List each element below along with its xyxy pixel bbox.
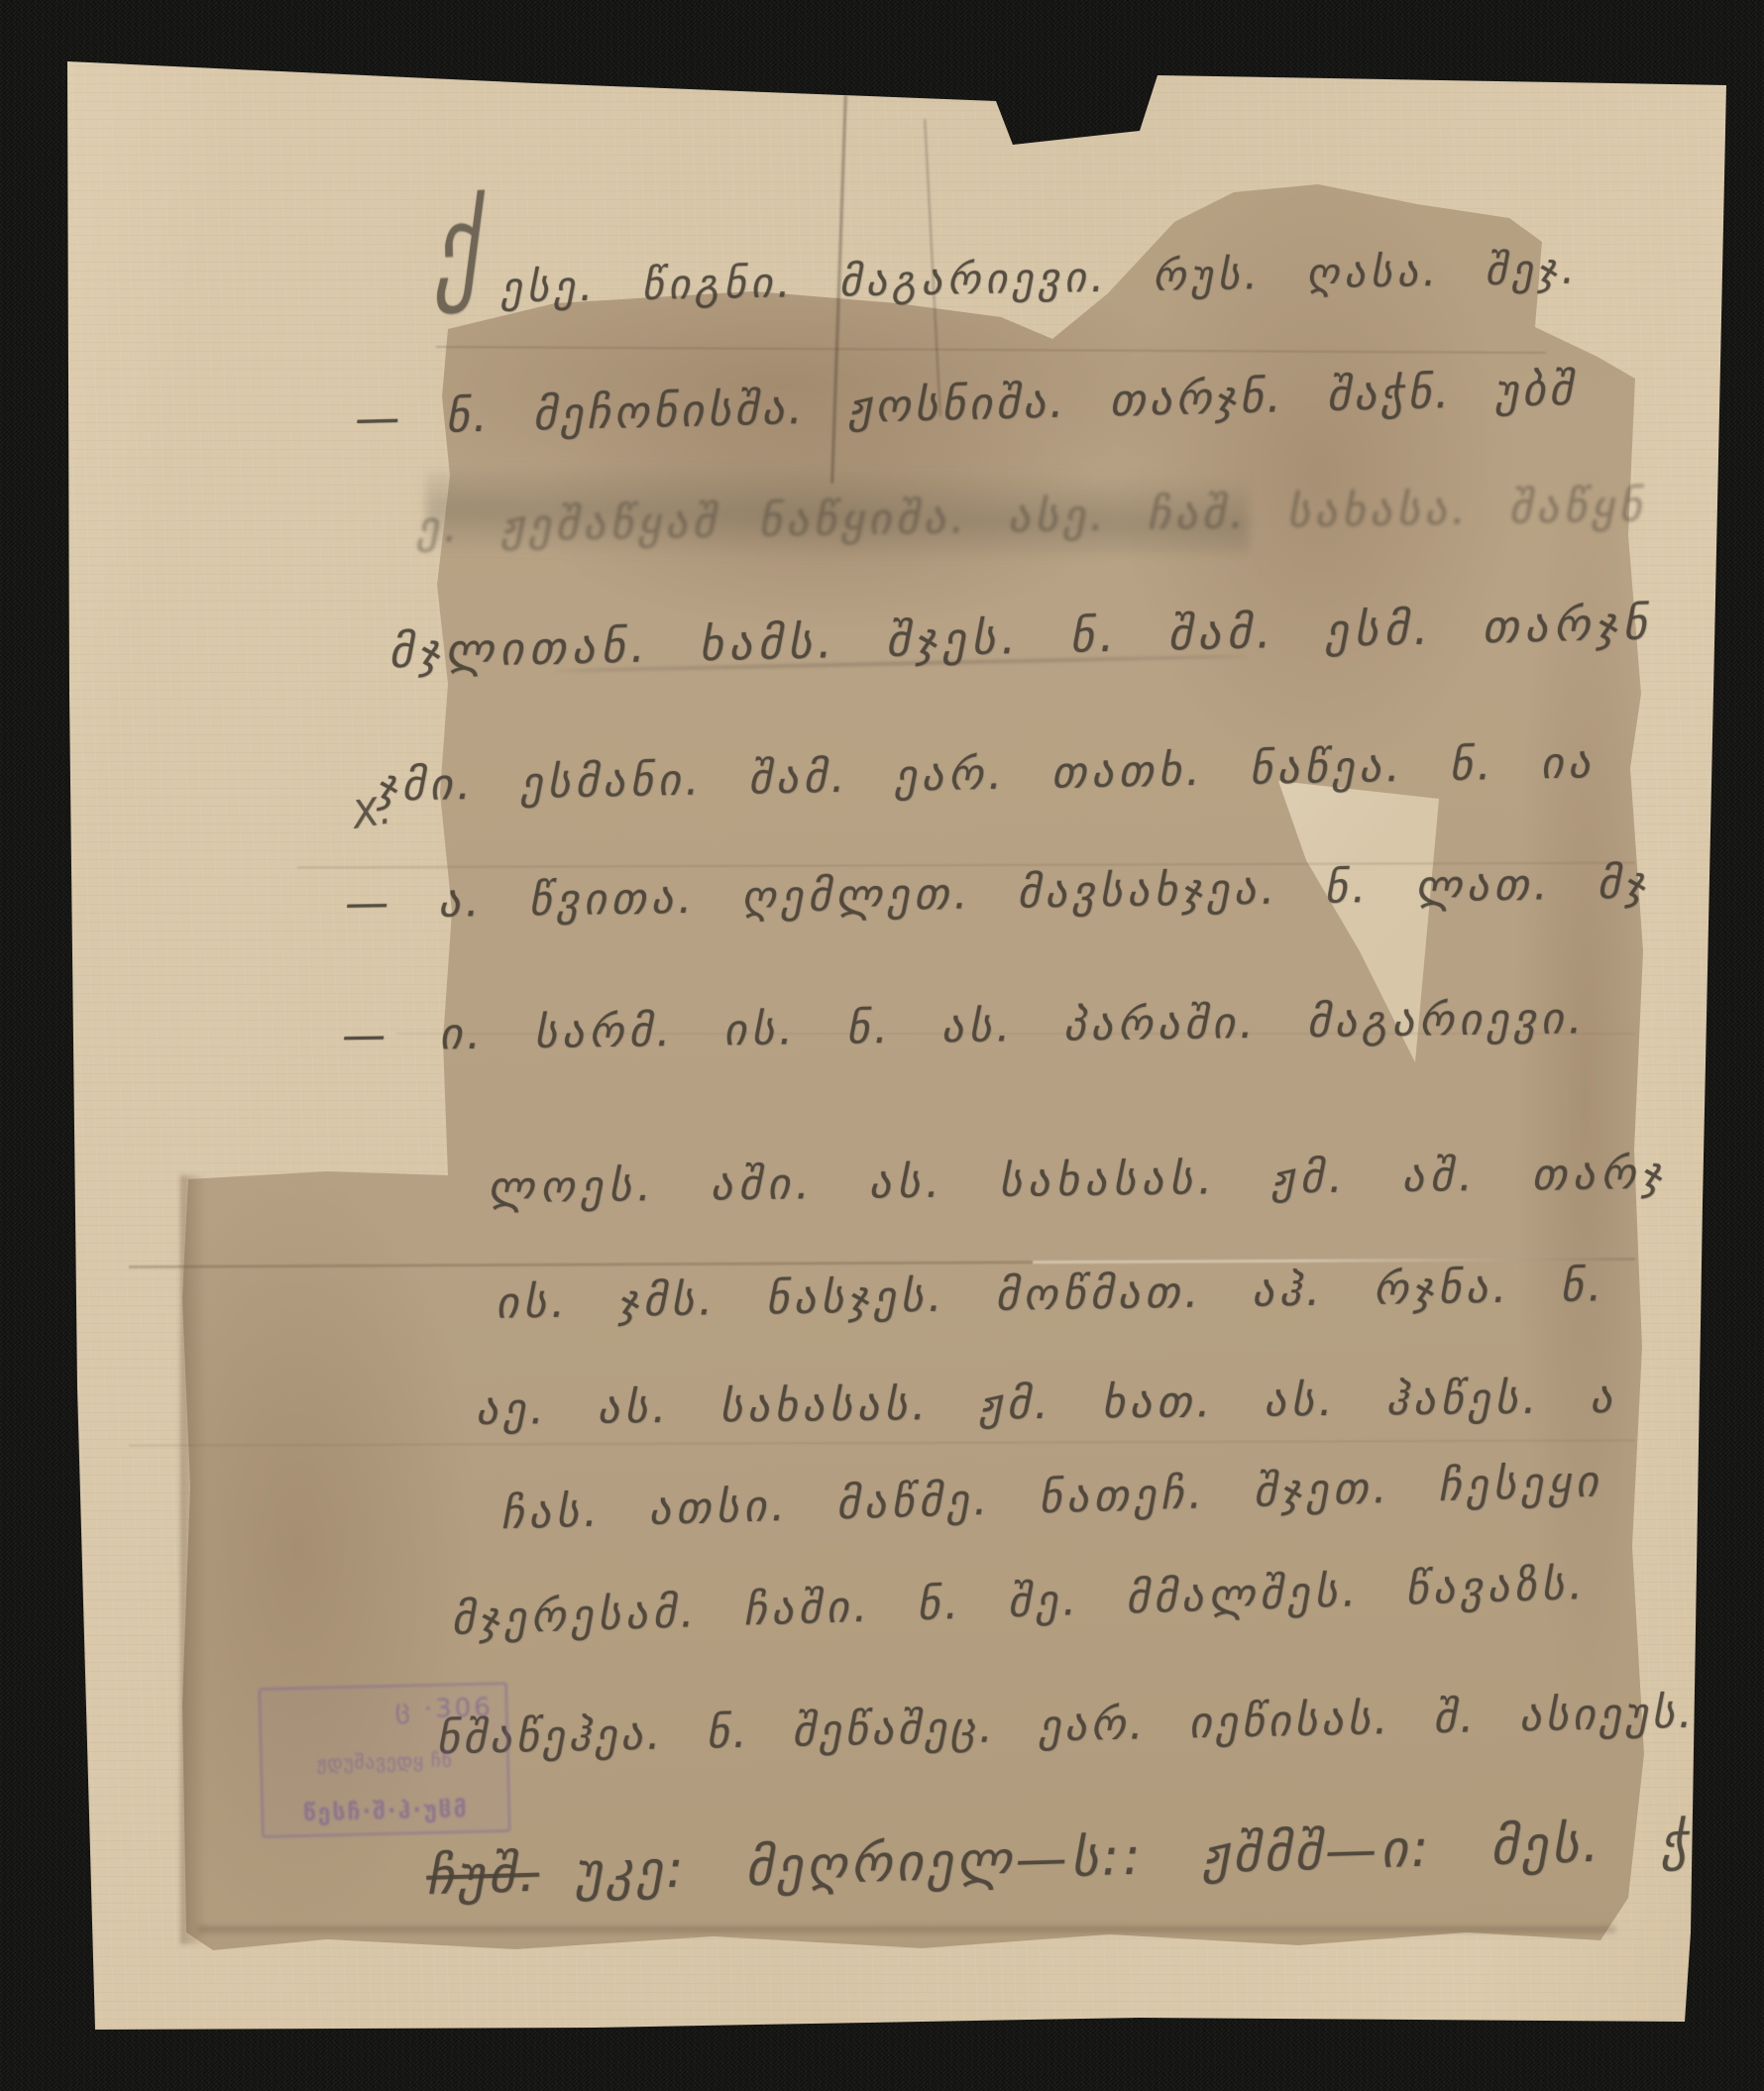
struck-out-word: ჩუშ.	[425, 1844, 539, 1907]
stamp-text-row: წესჩ·შ·ჰ·უჱმ	[276, 1796, 496, 1826]
margin-x-mark: X.	[350, 788, 394, 836]
invocation-mark: ქ	[432, 180, 480, 316]
stamp-text-row: ჟდუშავედყ ჩწ	[275, 1748, 495, 1775]
bottom-torn-shadow	[198, 1926, 1615, 1932]
torn-edge-shading	[180, 1175, 206, 1944]
scanned-manuscript-page: ქ ესე. წიგნი. მაგარიევი. რუს. ღასა. შეჯ.…	[0, 0, 1764, 2091]
stamp-number: ც ·306	[273, 1693, 494, 1727]
archive-stamp: ც ·306 ჟდუშავედყ ჩწ წესჩ·შ·ჰ·უჱმ	[258, 1682, 511, 1838]
